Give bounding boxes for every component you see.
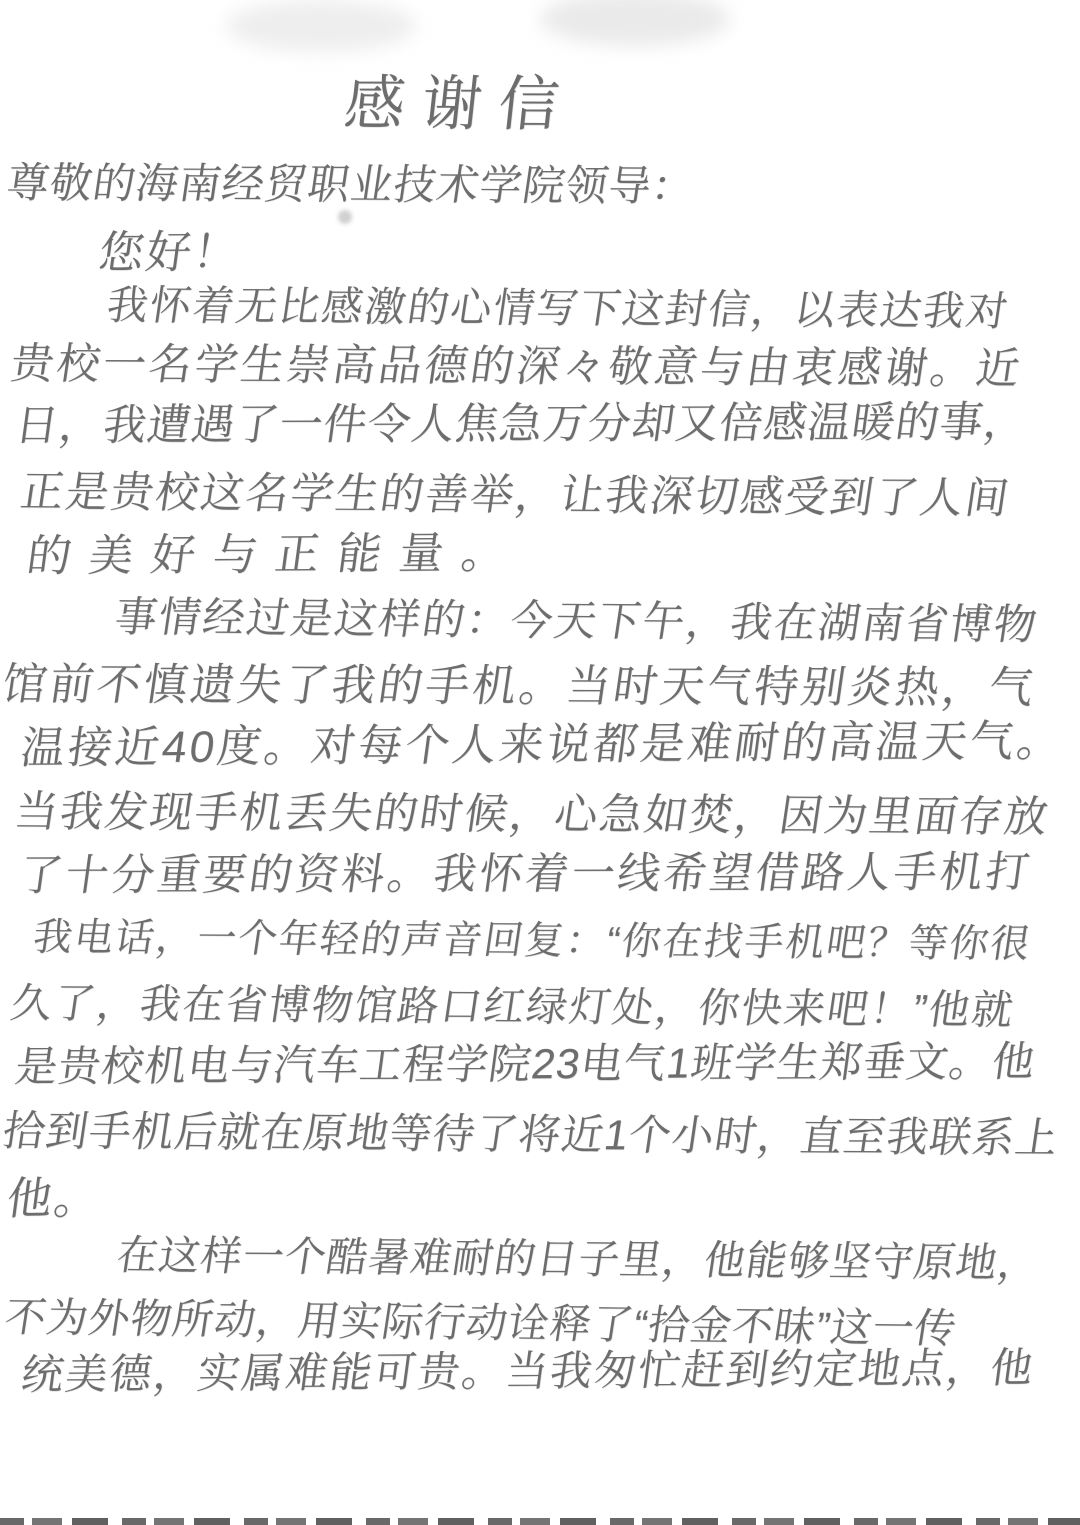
letter-line: 事情经过是这样的：今天下午，我在湖南省博物 (111, 584, 1043, 652)
letter-line: 温接近40度。对每个人来说都是难耐的高温天气。 (17, 705, 1068, 776)
letter-line: 拾到手机后就在原地等待了将近1个小时，直至我联系上 (0, 1098, 1063, 1165)
letter-page: 感谢信 尊敬的海南经贸职业技术学院领导： 您好！ 我怀着无比感激的心情写下这封信… (0, 0, 1080, 1525)
letter-line: 贵校一名学生崇高品德的深々敬意与由衷感谢。近 (7, 330, 1027, 396)
letter-line: 统美德，实属难能可贵。当我匆忙赶到约定地点，他 (18, 1335, 1039, 1402)
letter-line: 久了，我在省博物馆路口红绿灯处，你快来吧！”他就 (7, 970, 1019, 1036)
letter-line: 我怀着无比感激的心情写下这封信，以表达我对 (103, 272, 1014, 337)
scan-speck (338, 210, 352, 224)
letter-line: 我电话，一个年轻的声音回复：“你在找手机吧？等你很 (30, 906, 1036, 969)
letter-line: 日，我遭遇了一件令人焦急万分却又倍感温暖的事， (12, 388, 1033, 453)
salutation-line: 尊敬的海南经贸职业技术学院领导： (3, 150, 699, 214)
letter-line: 的美好与正能量。 (23, 517, 528, 584)
scan-smudge-top-left (226, 0, 416, 52)
cutoff-text-bottom-edge (0, 1518, 1080, 1525)
letter-line: 在这样一个酷暑难耐的日子里，他能够坚守原地， (113, 1222, 1045, 1289)
letter-line: 是贵校机电与汽车工程学院23电气1班学生郑垂文。他 (12, 1029, 1040, 1094)
scan-smudge-top-right (540, 0, 730, 46)
letter-title: 感谢信 (341, 56, 581, 143)
letter-line: 当我发现手机丢失的时候，心急如焚，因为里面存放 (11, 778, 1054, 844)
letter-line: 他。 (3, 1161, 106, 1227)
letter-line: 了十分重要的资料。我怀着一线希望借路人手机打 (16, 838, 1037, 903)
